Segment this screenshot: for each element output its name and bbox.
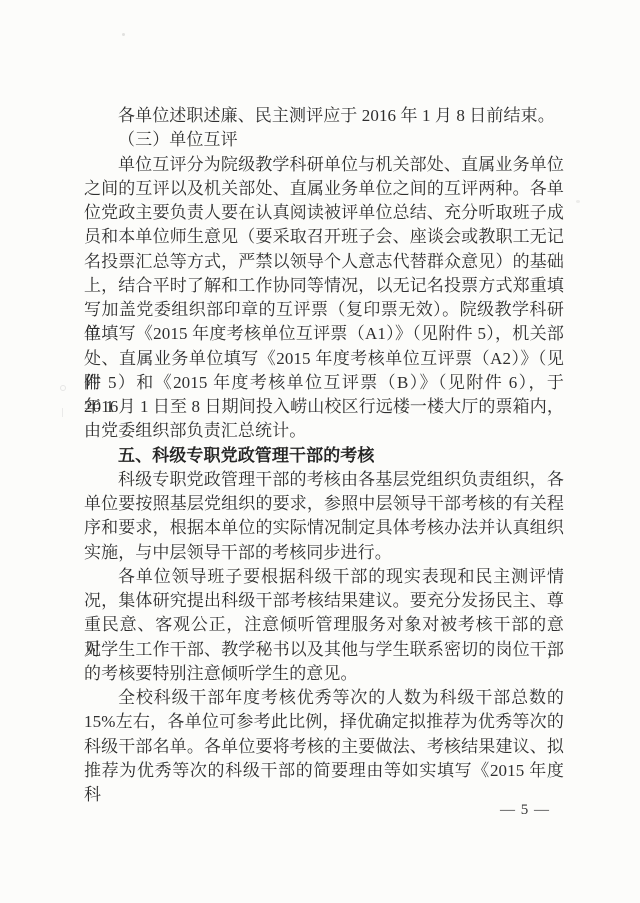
- scan-artifact: [576, 200, 580, 203]
- text-line: 年 1 月 1 日至 8 日期间投入崂山校区行远楼一楼大厅的票箱内，: [84, 395, 564, 419]
- text-line: 各单位述职述廉、民主测评应于 2016 年 1 月 8 日前结束。: [84, 104, 564, 128]
- text-line: 名投票汇总等方式，严禁以领导个人意志代替群众意见）的基础: [84, 250, 564, 274]
- text-line: 实施，与中层领导干部的考核同步进行。: [84, 541, 564, 565]
- text-line: 对学生工作干部、教学秘书以及其他与学生联系密切的岗位干部: [84, 638, 564, 662]
- text-line: 科级干部名单。各单位要将考核的主要做法、考核结果建议、拟: [84, 735, 564, 759]
- text-line: 科级专职党政管理干部的考核由各基层党组织负责组织，各: [84, 468, 564, 492]
- scanned-document-page: 各单位述职述廉、民主测评应于 2016 年 1 月 8 日前结束。（三）单位互评…: [0, 0, 640, 903]
- text-line: 全校科级干部年度考核优秀等次的人数为科级干部总数的: [84, 686, 564, 710]
- text-line: 员和本单位师生意见（要采取召开班子会、座谈会或教职工无记: [84, 225, 564, 249]
- page-number: — 5 —: [470, 802, 580, 819]
- text-line: 15%左右，各单位可参考此比例，择优确定拟推荐为优秀等次的: [84, 710, 564, 734]
- text-line: 推荐为优秀等次的科级干部的简要理由等如实填写《2015 年度科: [84, 759, 564, 783]
- text-line: 由党委组织部负责汇总统计。: [84, 419, 564, 443]
- text-line: 之间的互评以及机关部处、直属业务单位之间的互评两种。各单: [84, 177, 564, 201]
- text-line: 处、直属业务单位填写《2015 年度考核单位互评票（A2）》（见附: [84, 347, 564, 371]
- text-line: 件 5）和《2015 年度考核单位互评票（B）》（见附件 6），于 2016: [84, 371, 564, 395]
- text-line: 写加盖党委组织部印章的互评票（复印票无效）。院级教学科研单: [84, 298, 564, 322]
- text-line: 重民意、客观公正，注意倾听管理服务对象对被考核干部的意见，: [84, 613, 564, 637]
- text-line: 位填写《2015 年度考核单位互评票（A1）》（见附件 5），机关部: [84, 322, 564, 346]
- scan-artifact: [62, 408, 63, 417]
- text-line: 各单位领导班子要根据科级干部的现实表现和民主测评情: [84, 565, 564, 589]
- text-line: 单位互评分为院级教学科研单位与机关部处、直属业务单位: [84, 153, 564, 177]
- text-line: 单位要按照基层党组织的要求，参照中层领导干部考核的有关程: [84, 492, 564, 516]
- text-line: 况，集体研究提出科级干部考核结果建议。要充分发扬民主、尊: [84, 589, 564, 613]
- text-line: 上，结合平时了解和工作协同等情况，以无记名投票方式郑重填: [84, 274, 564, 298]
- text-line: 的考核要特别注意倾听学生的意见。: [84, 662, 564, 686]
- text-line: 序和要求，根据本单位的实际情况制定具体考核办法并认真组织: [84, 516, 564, 540]
- scan-artifact: [122, 33, 125, 36]
- section-heading: 五、科级专职党政管理干部的考核: [84, 444, 564, 468]
- text-line: （三）单位互评: [84, 128, 564, 152]
- scan-artifact: [306, 299, 309, 301]
- scan-artifact: [60, 385, 66, 391]
- text-block: 各单位述职述廉、民主测评应于 2016 年 1 月 8 日前结束。（三）单位互评…: [84, 104, 564, 783]
- text-line: 位党政主要负责人要在认真阅读被评单位总结、充分听取班子成: [84, 201, 564, 225]
